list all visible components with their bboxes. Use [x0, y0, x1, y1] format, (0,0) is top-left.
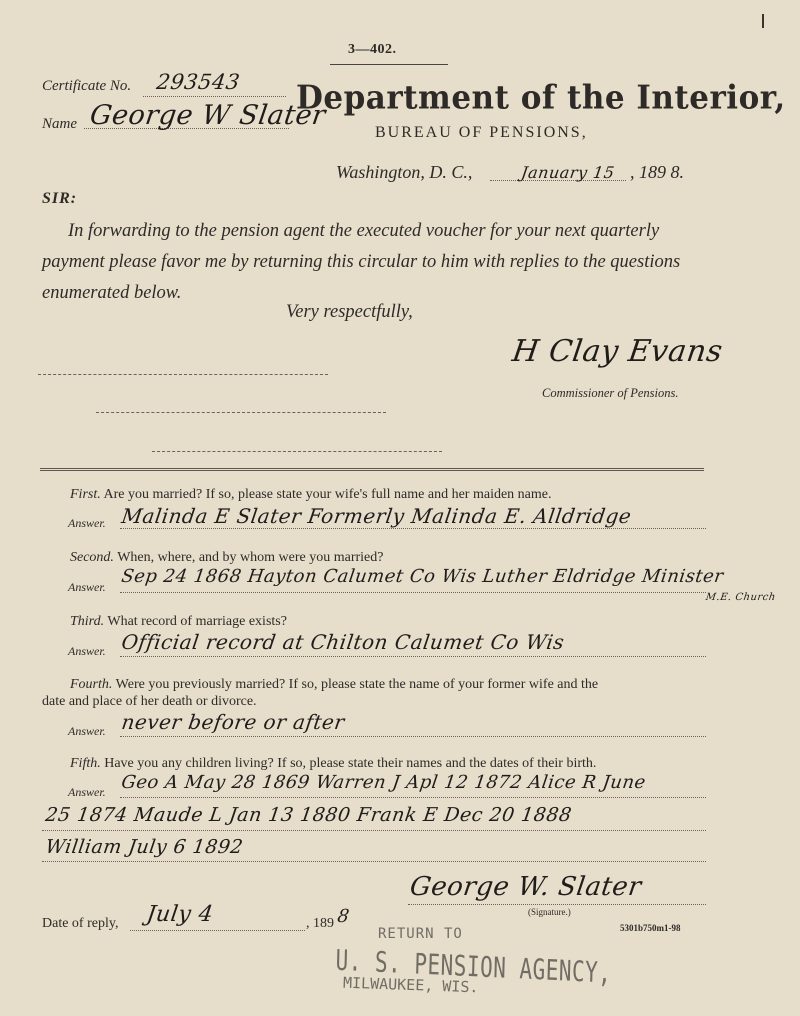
- address-line-1[interactable]: [38, 374, 328, 375]
- question-fifth: Fifth. Have you any children living? If …: [70, 756, 596, 772]
- letter-closing: Very respectfully,: [286, 302, 413, 323]
- question-second: Second. When, where, and by whom were yo…: [70, 550, 383, 566]
- stamp-return-to: RETURN TO: [378, 926, 463, 942]
- name-label: Name: [42, 116, 77, 133]
- question-ordinal: Fourth.: [70, 677, 112, 692]
- signature-label: (Signature.): [528, 907, 571, 917]
- answer-second: Sep 24 1868 Hayton Calumet Co Wis Luther…: [120, 566, 725, 587]
- certificate-value: 293543: [155, 70, 242, 94]
- answer-fifth-line-2: 25 1874 Maude L Jan 13 1880 Frank E Dec …: [44, 804, 573, 826]
- letter-date-value: January 15: [520, 163, 616, 182]
- date-of-reply-label: Date of reply,: [42, 916, 118, 932]
- answer-field-fifth-2[interactable]: [42, 830, 706, 831]
- corner-mark: [762, 14, 764, 28]
- commissioner-title: Commissioner of Pensions.: [542, 386, 678, 401]
- certificate-field[interactable]: [143, 96, 286, 97]
- question-ordinal: Fifth.: [70, 756, 101, 771]
- answer-field-second[interactable]: [120, 592, 706, 593]
- question-text: What record of marriage exists?: [107, 614, 287, 629]
- answer-fifth-line-1: Geo A May 28 1869 Warren J Apl 12 1872 A…: [120, 772, 647, 793]
- answer-first: Malinda E Slater Formerly Malinda E. All…: [120, 504, 633, 528]
- form-code: 5301b750m1-98: [620, 923, 681, 933]
- question-third: Third. What record of marriage exists?: [70, 614, 287, 630]
- answer-label: Answer.: [68, 580, 106, 595]
- date-of-reply-value: July 4: [145, 902, 215, 927]
- certificate-label: Certificate No.: [42, 78, 131, 95]
- question-text: Were you previously married? If so, plea…: [116, 677, 598, 692]
- section-divider: [40, 468, 704, 471]
- salutation: SIR:: [42, 190, 77, 208]
- answer-label: Answer.: [68, 785, 106, 800]
- stamp-city: MILWAUKEE, WIS.: [343, 974, 479, 997]
- applicant-signature: George W. Slater: [408, 872, 643, 902]
- answer-fourth: never before or after: [120, 710, 346, 734]
- letter-body: In forwarding to the pension agent the e…: [42, 216, 718, 309]
- bureau-title: BUREAU OF PENSIONS,: [375, 124, 588, 142]
- question-text: Are you married? If so, please state you…: [103, 487, 551, 502]
- form-number-rule: [330, 64, 448, 65]
- reply-year-prefix: , 189: [306, 916, 334, 932]
- question-fourth: Fourth. Were you previously married? If …: [70, 677, 598, 693]
- question-ordinal: Second.: [70, 550, 114, 565]
- answer-label: Answer.: [68, 644, 106, 659]
- answer-field-fourth[interactable]: [120, 736, 706, 737]
- address-line-2[interactable]: [96, 412, 386, 413]
- question-fourth-cont: date and place of her death or divorce.: [42, 694, 257, 710]
- location-prefix: Washington, D. C.,: [336, 162, 472, 183]
- signature-field[interactable]: [408, 904, 706, 905]
- commissioner-signature: H Clay Evans: [510, 334, 725, 369]
- name-value: George W Slater: [88, 100, 328, 131]
- answer-label: Answer.: [68, 516, 106, 531]
- form-number: 3—402.: [348, 42, 397, 58]
- answer-field-third[interactable]: [120, 656, 706, 657]
- department-title: Department of the Interior,: [296, 79, 786, 117]
- question-first: First. Are you married? If so, please st…: [70, 487, 552, 503]
- question-ordinal: First.: [70, 487, 101, 502]
- question-text: When, where, and by whom were you marrie…: [117, 550, 383, 565]
- answer-second-note: M.E. Church: [705, 592, 776, 603]
- answer-third: Official record at Chilton Calumet Co Wi…: [120, 630, 566, 654]
- answer-fifth-line-3: William July 6 1892: [44, 836, 245, 858]
- address-line-3[interactable]: [152, 451, 442, 452]
- question-ordinal: Third.: [70, 614, 104, 629]
- letter-body-text: In forwarding to the pension agent the e…: [42, 221, 680, 303]
- answer-field-first[interactable]: [120, 528, 706, 529]
- letter-year: , 189 8.: [630, 162, 684, 183]
- question-text: Have you any children living? If so, ple…: [104, 756, 596, 771]
- reply-year-value: 8: [336, 906, 351, 927]
- date-of-reply-field[interactable]: [130, 930, 305, 931]
- answer-field-fifth-1[interactable]: [120, 797, 706, 798]
- answer-label: Answer.: [68, 724, 106, 739]
- answer-field-fifth-3[interactable]: [42, 861, 706, 862]
